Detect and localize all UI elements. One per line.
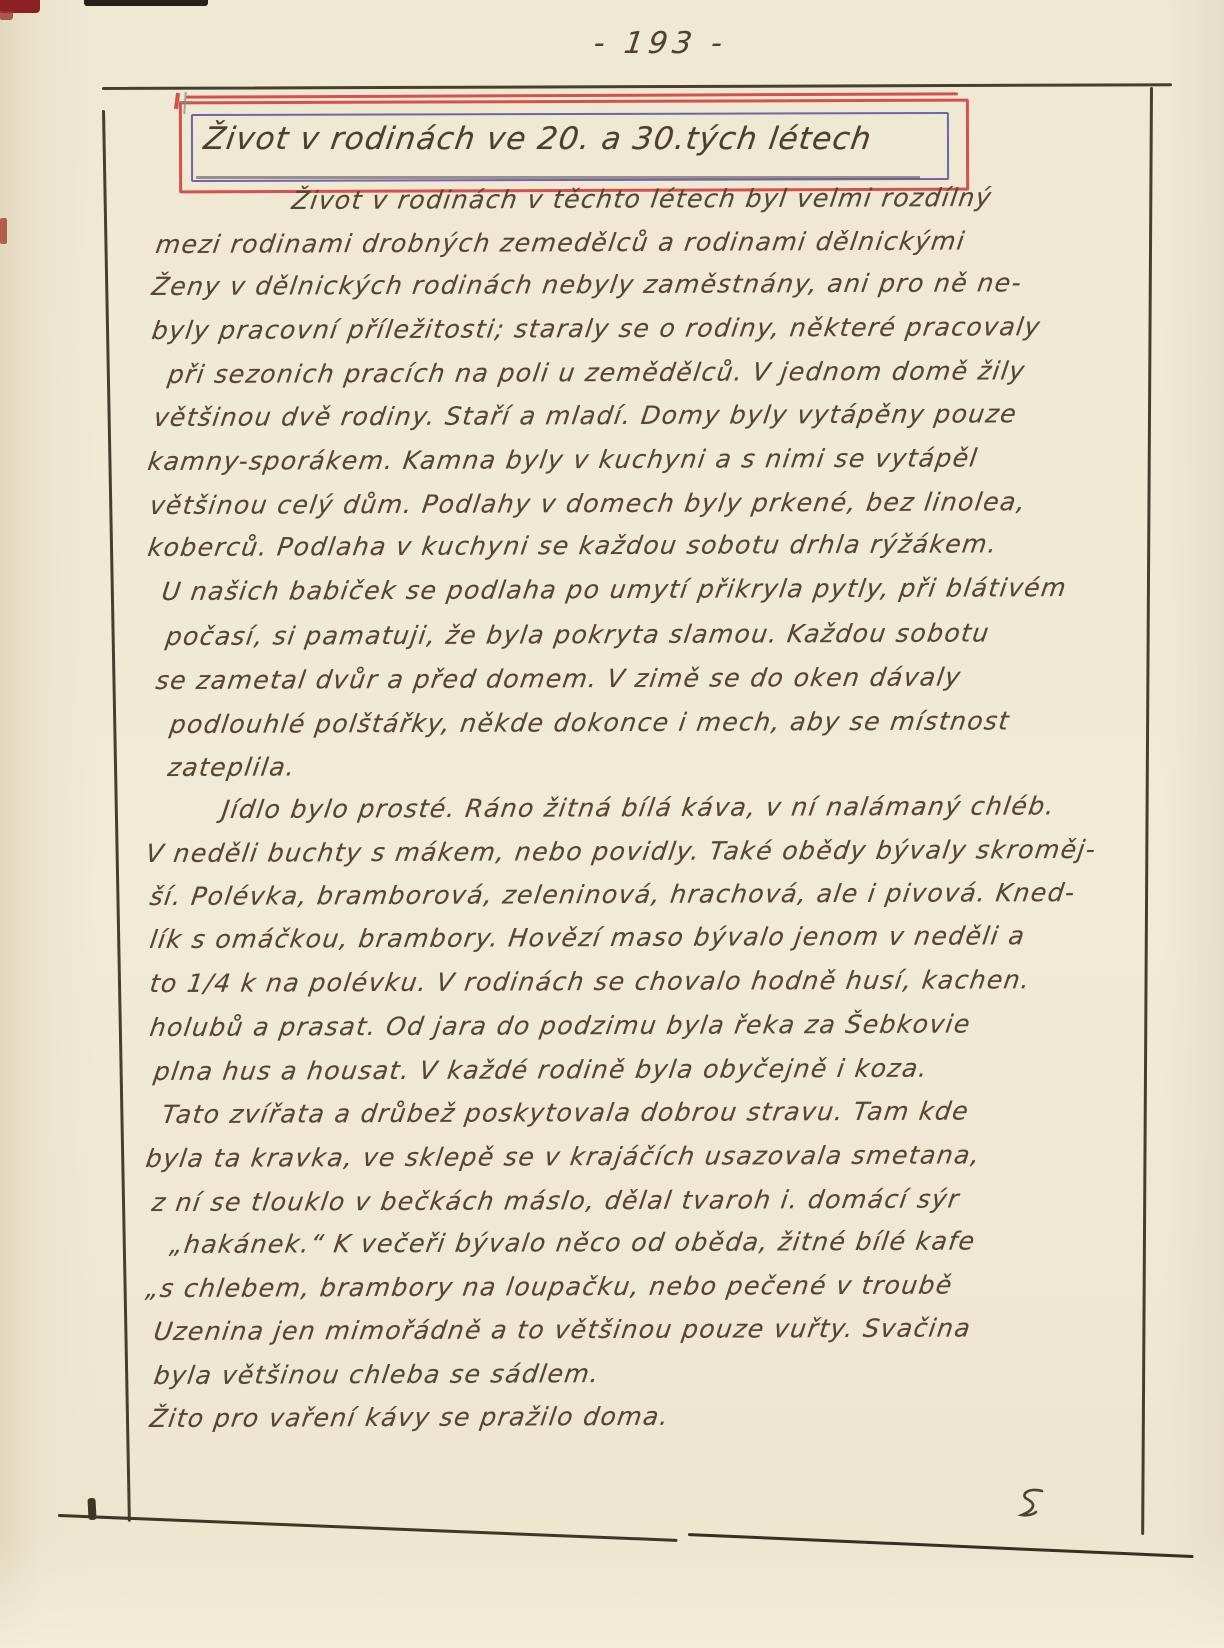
frame-right-line <box>1141 87 1153 1535</box>
page-number: - 193 - <box>592 26 730 61</box>
handwritten-line: koberců. Podlaha v kuchyni se každou sob… <box>146 529 999 562</box>
ink-squiggle-icon <box>1012 1486 1060 1522</box>
ink-blot <box>87 1498 96 1520</box>
handwritten-line: Žito pro vaření kávy se pražilo doma. <box>148 1402 671 1433</box>
handwritten-line: většinou celý dům. Podlahy v domech byly… <box>148 487 1028 520</box>
handwritten-line: byla většinou chleba se sádlem. <box>152 1359 602 1390</box>
title-underline <box>196 176 920 179</box>
handwritten-line: počasí, si pamatuji, že byla pokryta sla… <box>164 618 992 651</box>
handwritten-line: se zametal dvůr a před domem. V zimě se … <box>154 662 963 695</box>
page-edge-shadow <box>1164 0 1224 1648</box>
handwritten-line: to 1/4 k na polévku. V rodinách se chova… <box>148 965 1033 998</box>
handwritten-line: „s chlebem, brambory na loupačku, nebo p… <box>144 1270 955 1303</box>
handwritten-line: Tato zvířata a drůbež poskytovala dobrou… <box>160 1096 971 1129</box>
handwritten-line: kamny-sporákem. Kamna byly v kuchyni a s… <box>146 443 980 476</box>
frame-left-line <box>102 110 130 1522</box>
next-page-edge <box>0 1538 1224 1648</box>
handwritten-line: podlouhlé polštářky, někde dokonce i mec… <box>168 706 1012 739</box>
handwritten-line: V neděli buchty s mákem, nebo povidly. T… <box>144 835 1098 868</box>
page-binding-shadow <box>0 0 96 1648</box>
handwritten-line: plna hus a housat. V každé rodině byla o… <box>152 1054 930 1086</box>
handwritten-line: ší. Polévka, bramborová, zeleninová, hra… <box>148 878 1078 911</box>
handwritten-line: mezi rodinami drobných zemedělců a rodin… <box>154 226 967 259</box>
binding-red-patch-icon <box>0 11 13 20</box>
handwritten-line: byly pracovní příležitosti; staraly se o… <box>150 312 1043 345</box>
handwritten-line: „hakánek.“ K večeři bývalo něco od oběda… <box>168 1226 978 1259</box>
handwritten-line: U našich babiček se podlaha po umytí při… <box>160 573 1069 606</box>
handwritten-line: při sezonich pracích na poli u zemědělců… <box>166 356 1028 389</box>
chronicle-page: - 193 - Život v rodinách ve 20. a 30.týc… <box>0 0 1224 1648</box>
handwritten-line: holubů a prasat. Od jara do podzimu byla… <box>148 1009 973 1042</box>
handwritten-line: lík s omáčkou, brambory. Hovězí maso býv… <box>148 921 1027 954</box>
handwritten-line: Ženy v dělnických rodinách nebyly zaměst… <box>150 268 1024 301</box>
scan-edge-strip <box>84 0 208 6</box>
pencil-mark <box>177 101 193 103</box>
handwritten-line: byla ta kravka, ve sklepě se v krajáčích… <box>144 1140 982 1173</box>
red-margin-mark-icon <box>0 218 7 244</box>
handwritten-line: většinou dvě rodiny. Staří a mladí. Domy… <box>152 399 1019 432</box>
handwritten-line: Život v rodinách v těchto létech byl vel… <box>290 183 994 215</box>
handwritten-line: z ní se tlouklo v bečkách máslo, dělal t… <box>150 1184 962 1217</box>
handwritten-line: Uzenina jen mimořádně a to většinou pouz… <box>152 1313 973 1346</box>
handwritten-line: Jídlo bylo prosté. Ráno žitná bílá káva,… <box>220 791 1057 824</box>
frame-top-line <box>102 83 1172 89</box>
title-box-red-doubled-line <box>186 92 958 98</box>
handwritten-line: zateplila. <box>166 752 298 782</box>
chapter-title: Život v rodinách ve 20. a 30.tých létech <box>201 121 874 157</box>
